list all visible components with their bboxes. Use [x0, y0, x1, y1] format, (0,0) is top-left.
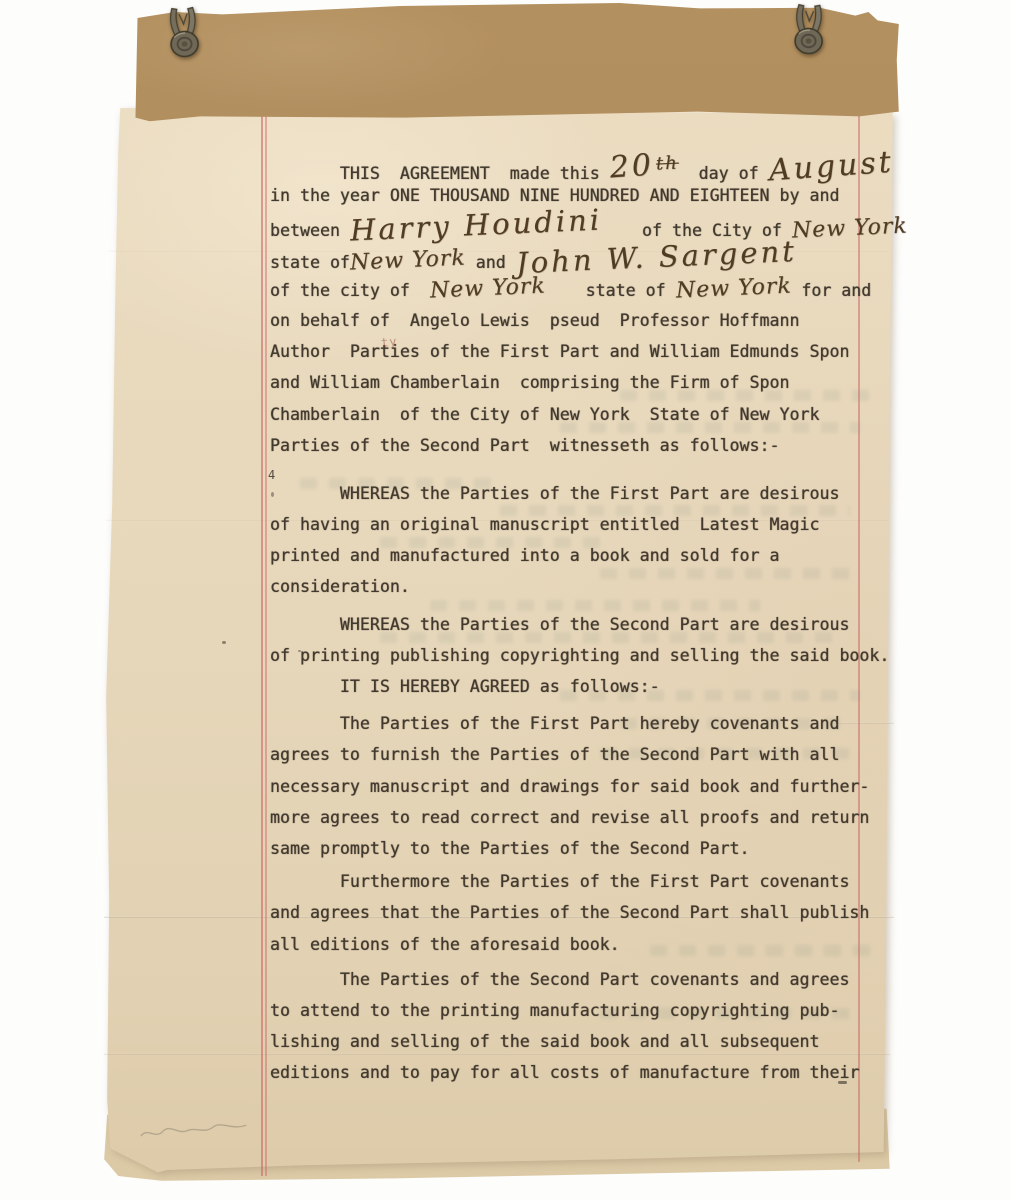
- margin-dot: [271, 492, 274, 497]
- handwritten-text: 20: [608, 150, 654, 184]
- document-line: WHEREAS the Parties of the Second Part a…: [270, 609, 918, 640]
- document-line: between Harry Houdini of the City of New…: [270, 211, 918, 242]
- typed-text: WHEREAS the Parties of the Second Part a…: [270, 615, 849, 634]
- typed-text: of printing publishing copyrighting and …: [270, 646, 889, 665]
- typed-text: The Parties of the Second Part covenants…: [270, 970, 849, 989]
- typed-text: all editions of the aforesaid book.: [270, 935, 620, 954]
- document-line: Furthermore the Parties of the First Par…: [270, 866, 918, 897]
- handwritten-text: New York: [675, 270, 792, 306]
- paragraph: The Parties of the First Part hereby cov…: [270, 708, 918, 864]
- ink-speck: [838, 1081, 847, 1084]
- document-line: state ofNew York and John W. Sargent: [270, 243, 918, 274]
- document-line: necessary manuscript and drawings for sa…: [270, 771, 918, 802]
- fastener-right: [785, 2, 833, 58]
- document-line: Author Parties of the First Part and Wil…: [270, 336, 918, 367]
- handwritten-text: August: [767, 147, 894, 187]
- typed-text: same promptly to the Parties of the Seco…: [270, 839, 750, 858]
- typed-text: IT IS HEREBY AGREED as follows:-: [270, 677, 660, 696]
- typed-text: Furthermore the Parties of the First Par…: [270, 872, 849, 891]
- handwritten-text: New York: [791, 211, 908, 247]
- typed-text: on behalf of Angelo Lewis pseud Professo…: [270, 311, 800, 330]
- paragraph: IT IS HEREBY AGREED as follows:-: [270, 671, 918, 702]
- typed-text: and agrees that the Parties of the Secon…: [270, 903, 869, 922]
- paragraph: WHEREAS the Parties of the First Part ar…: [270, 478, 918, 603]
- typed-text: printed and manufactured into a book and…: [270, 546, 780, 565]
- scanned-document: THIS AGREEMENT made this 20th day of Aug…: [0, 0, 1011, 1200]
- typed-text: WHEREAS the Parties of the First Part ar…: [270, 484, 839, 503]
- document-line: printed and manufactured into a book and…: [270, 540, 918, 571]
- ink-speck: [298, 650, 301, 652]
- document-line: same promptly to the Parties of the Seco…: [270, 833, 918, 864]
- ink-speck: [222, 641, 226, 644]
- document-line: more agrees to read correct and revise a…: [270, 802, 918, 833]
- typed-text: The Parties of the First Part hereby cov…: [270, 714, 839, 733]
- document-line: editions and to pay for all costs of man…: [270, 1057, 918, 1088]
- interline-mark: ty: [380, 334, 398, 350]
- document-line: agrees to furnish the Parties of the Sec…: [270, 739, 918, 770]
- typed-text: state of: [546, 281, 676, 300]
- typed-text: editions and to pay for all costs of man…: [270, 1063, 859, 1082]
- typed-text: between: [270, 221, 350, 240]
- document-line: on behalf of Angelo Lewis pseud Professo…: [270, 305, 918, 336]
- fastener-left: [160, 5, 209, 61]
- typed-text: and: [466, 253, 516, 272]
- document-line: and William Chamberlain comprising the F…: [270, 367, 918, 398]
- handwritten-text: New York: [349, 242, 466, 278]
- typed-text: in the year ONE THOUSAND NINE HUNDRED AN…: [270, 186, 839, 205]
- handwritten-text: Harry Houdini: [349, 205, 602, 247]
- red-margin-line-left-inner: [265, 112, 267, 1176]
- document-line: WHEREAS the Parties of the First Part ar…: [270, 478, 918, 509]
- document-line: Chamberlain of the City of New York Stat…: [270, 399, 918, 430]
- document-line: of printing publishing copyrighting and …: [270, 640, 918, 671]
- document-line: THIS AGREEMENT made this 20th day of Aug…: [270, 149, 918, 180]
- typed-text: agrees to furnish the Parties of the Sec…: [270, 745, 839, 764]
- document-line: and agrees that the Parties of the Secon…: [270, 897, 918, 928]
- paragraph: WHEREAS the Parties of the Second Part a…: [270, 609, 918, 671]
- document-line: to attend to the printing manufacturing …: [270, 995, 918, 1026]
- typed-text: of the city of: [270, 281, 430, 300]
- typed-text: state of: [270, 253, 350, 272]
- document-line: lishing and selling of the said book and…: [270, 1026, 918, 1057]
- typed-text: lishing and selling of the said book and…: [270, 1032, 819, 1051]
- typed-text: to attend to the printing manufacturing …: [270, 1001, 839, 1020]
- paragraph: THIS AGREEMENT made this 20th day of Aug…: [270, 149, 918, 461]
- document-line: consideration.: [270, 571, 918, 602]
- document-line: IT IS HEREBY AGREED as follows:-: [270, 671, 918, 702]
- margin-mark: 4: [268, 468, 275, 482]
- document-line: of the city of New York state of New Yor…: [270, 274, 918, 305]
- typed-text: more agrees to read correct and revise a…: [270, 808, 869, 827]
- document-line: Parties of the Second Part witnesseth as…: [270, 430, 918, 461]
- document-line: The Parties of the First Part hereby cov…: [270, 708, 918, 739]
- typed-text: Parties of the Second Part witnesseth as…: [270, 436, 780, 455]
- document-text: THIS AGREEMENT made this 20th day of Aug…: [270, 149, 918, 1149]
- handwritten-text: New York: [429, 270, 546, 306]
- typed-text: Author Parties of the First Part and Wil…: [270, 342, 849, 361]
- red-margin-line-left: [261, 112, 263, 1176]
- document-line: The Parties of the Second Part covenants…: [270, 964, 918, 995]
- handwritten-text: th: [655, 148, 679, 180]
- paragraph: Furthermore the Parties of the First Par…: [270, 866, 918, 960]
- typed-text: necessary manuscript and drawings for sa…: [270, 777, 869, 796]
- typed-text: consideration.: [270, 577, 410, 596]
- document-line: all editions of the aforesaid book.: [270, 929, 918, 960]
- document-line: of having an original manuscript entitle…: [270, 509, 918, 540]
- typed-text: of having an original manuscript entitle…: [270, 515, 819, 534]
- typed-text: for and: [791, 281, 871, 300]
- typed-text: Chamberlain of the City of New York Stat…: [270, 405, 819, 424]
- typed-text: and William Chamberlain comprising the F…: [270, 373, 790, 392]
- paragraph: The Parties of the Second Part covenants…: [270, 964, 918, 1089]
